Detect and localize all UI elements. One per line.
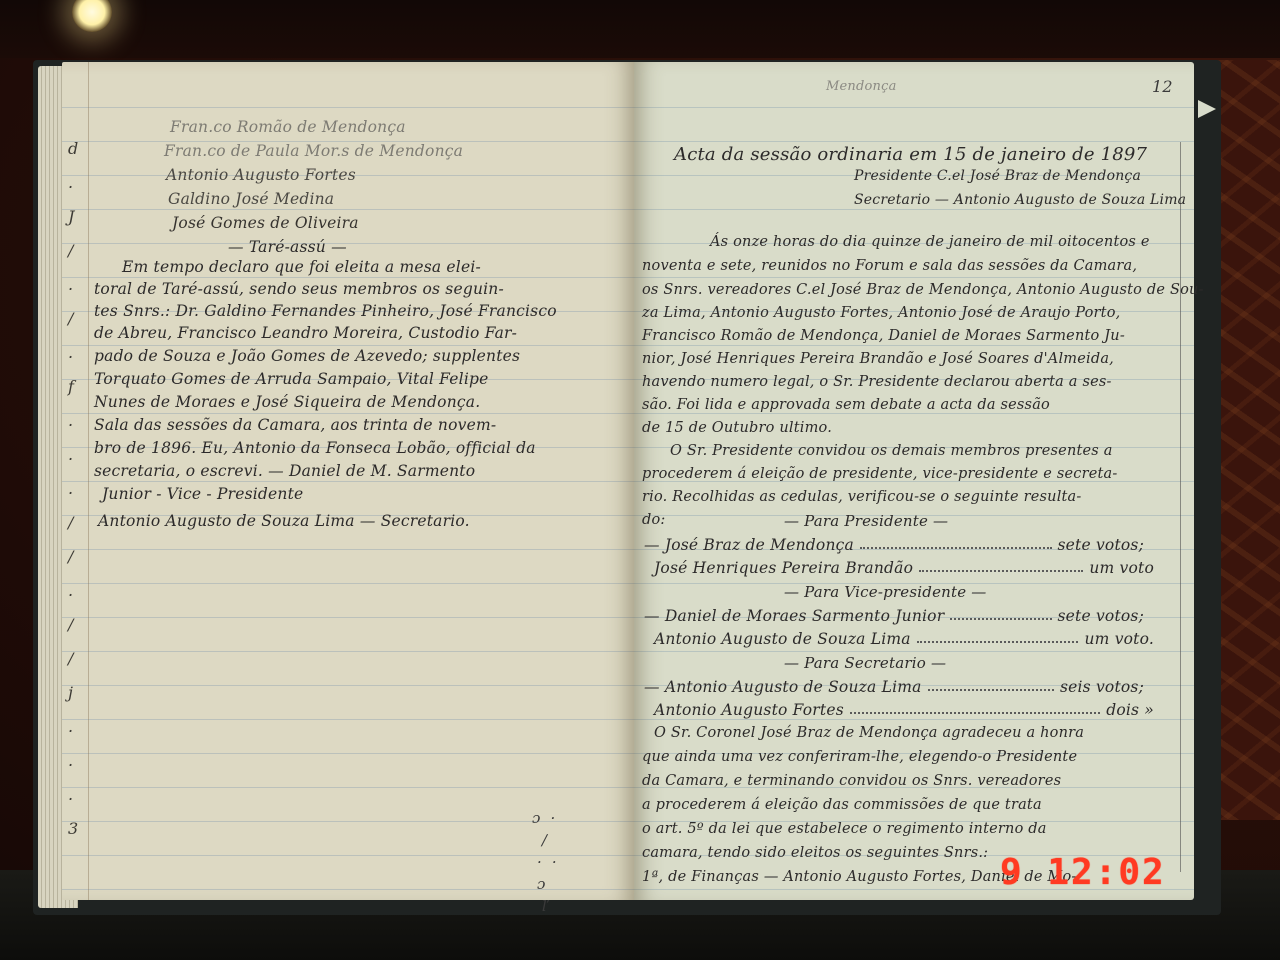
vote-heading-presidente: — Para Presidente — — [784, 512, 948, 530]
paragraph-line: tes Snrs.: Dr. Galdino Fernandes Pinheir… — [94, 302, 557, 320]
left-page: d . J / . / . f . . . / / . / / j . . . … — [62, 62, 634, 900]
signature-line: Antonio Augusto Fortes — [166, 166, 356, 184]
signature-line: Fran.co de Paula Mor.s de Mendonça — [164, 142, 463, 160]
presidente-line: Presidente C.el José Braz de Mendonça — [854, 168, 1141, 184]
candidate-name: Antonio Augusto Fortes — [654, 701, 844, 719]
leader-dots — [917, 630, 1079, 643]
paragraph-line: Torquato Gomes de Arruda Sampaio, Vital … — [94, 370, 488, 388]
vote-row: — Antonio Augusto de Souza Lima seis vot… — [644, 678, 1144, 696]
paragraph-line: bro de 1896. Eu, Antonio da Fonseca Lobã… — [94, 439, 536, 457]
vote-count: sete votos; — [1058, 536, 1144, 554]
paragraph-line: procederem á eleição de presidente, vice… — [642, 466, 1118, 482]
leader-dots — [950, 607, 1051, 620]
leader-dots — [860, 536, 1052, 549]
paragraph-line: toral de Taré-assú, sendo seus membros o… — [94, 280, 504, 298]
paragraph-line: de 15 de Outubro ultimo. — [642, 420, 832, 436]
paragraph-line: de Abreu, Francisco Leandro Moreira, Cus… — [94, 324, 517, 342]
signature-line: Galdino José Medina — [168, 190, 334, 208]
leader-dots — [919, 559, 1083, 572]
paragraph-line: rio. Recolhidas as cedulas, verificou-se… — [642, 489, 1082, 505]
paragraph-line: da Camara, e terminando convidou os Snrs… — [642, 773, 1061, 789]
paragraph-line: camara, tendo sido eleitos os seguintes … — [642, 845, 988, 861]
paragraph-line: secretaria, o escrevi. — Daniel de M. Sa… — [94, 462, 475, 480]
vote-count: sete votos; — [1058, 607, 1144, 625]
margin-marks: d . J / . / . f . . . / / . / / j . . . … — [68, 132, 86, 852]
paragraph-line: O Sr. Coronel José Braz de Mendonça agra… — [654, 725, 1084, 741]
candidate-name: — Antonio Augusto de Souza Lima — [644, 678, 922, 696]
paragraph-line: za Lima, Antonio Augusto Fortes, Antonio… — [642, 305, 1120, 321]
signature-line: Fran.co Romão de Mendonça — [170, 118, 406, 136]
leader-dots — [850, 701, 1100, 714]
candidate-name: — Daniel de Moraes Sarmento Junior — [644, 607, 944, 625]
minutes-title: Acta da sessão ordinaria em 15 de janeir… — [674, 144, 1147, 165]
signature-line: José Gomes de Oliveira — [172, 214, 359, 232]
vote-count: um voto — [1089, 559, 1154, 577]
paragraph-line: Sala das sessões da Camara, aos trinta d… — [94, 416, 496, 434]
vote-heading-secretario: — Para Secretario — — [784, 654, 946, 672]
paragraph-line: Em tempo declaro que foi eleita a mesa e… — [122, 258, 481, 276]
vote-heading-vice-presidente: — Para Vice-presidente — — [784, 583, 986, 601]
leader-dots — [928, 678, 1054, 691]
closing-line: Junior - Vice - Presidente — [102, 485, 303, 503]
vote-count: um voto. — [1084, 630, 1154, 648]
bookmark-tab — [1198, 100, 1216, 118]
stray-ink-marks: ɔ · ∕ · · ɔ ľ — [532, 807, 557, 917]
display-case-top — [0, 0, 1280, 58]
frame-rule — [1180, 142, 1181, 872]
page-header-word: Mendonça — [826, 79, 897, 94]
paragraph-line: noventa e sete, reunidos no Forum e sala… — [642, 258, 1137, 274]
paragraph-line: que ainda uma vez conferiram-lhe, elegen… — [642, 749, 1077, 765]
candidate-name: José Henriques Pereira Brandão — [654, 559, 913, 577]
paragraph-line: nior, José Henriques Pereira Brandão e J… — [642, 351, 1114, 367]
vote-count: dois » — [1106, 701, 1154, 719]
paragraph-line: Nunes de Moraes e José Siqueira de Mendo… — [94, 393, 480, 411]
paragraph-line: pado de Souza e João Gomes de Azevedo; s… — [94, 347, 520, 365]
paragraph-line: a procederem á eleição das commissões de… — [642, 797, 1042, 813]
paragraph-line: havendo numero legal, o Sr. Presidente d… — [642, 374, 1112, 390]
paragraph-line: O Sr. Presidente convidou os demais memb… — [670, 443, 1113, 459]
candidate-name: — José Braz de Mendonça — [644, 536, 854, 554]
candidate-name: Antonio Augusto de Souza Lima — [654, 630, 911, 648]
vote-row: — José Braz de Mendonça sete votos; — [644, 536, 1144, 554]
right-page: Mendonça 12 Acta da sessão ordinaria em … — [634, 62, 1194, 900]
vote-row: Antonio Augusto de Souza Lima um voto. — [654, 630, 1154, 648]
paragraph-line: os Snrs. vereadores C.el José Braz de Me… — [642, 282, 1204, 298]
vote-count: seis votos; — [1060, 678, 1144, 696]
closing-line: Antonio Augusto de Souza Lima — Secretar… — [98, 512, 470, 530]
vote-row: — Daniel de Moraes Sarmento Junior sete … — [644, 607, 1144, 625]
vote-row: Antonio Augusto Fortes dois » — [654, 701, 1154, 719]
paragraph-line: o art. 5º da lei que estabelece o regime… — [642, 821, 1047, 837]
page-number: 12 — [1152, 77, 1173, 96]
margin-rule — [88, 62, 89, 900]
paragraph-line: Francisco Romão de Mendonça, Daniel de M… — [642, 328, 1125, 344]
camera-timestamp: 9 12:02 — [1000, 852, 1166, 893]
result-lead: do: — [642, 512, 666, 528]
secretario-line: Secretario — Antonio Augusto de Souza Li… — [854, 192, 1186, 208]
paragraph-line: são. Foi lida e approvada sem debate a a… — [642, 397, 1050, 413]
vote-row: José Henriques Pereira Brandão um voto — [654, 559, 1154, 577]
section-heading: — Taré-assú — — [228, 238, 347, 256]
paragraph-line: Ás onze horas do dia quinze de janeiro d… — [710, 234, 1150, 250]
